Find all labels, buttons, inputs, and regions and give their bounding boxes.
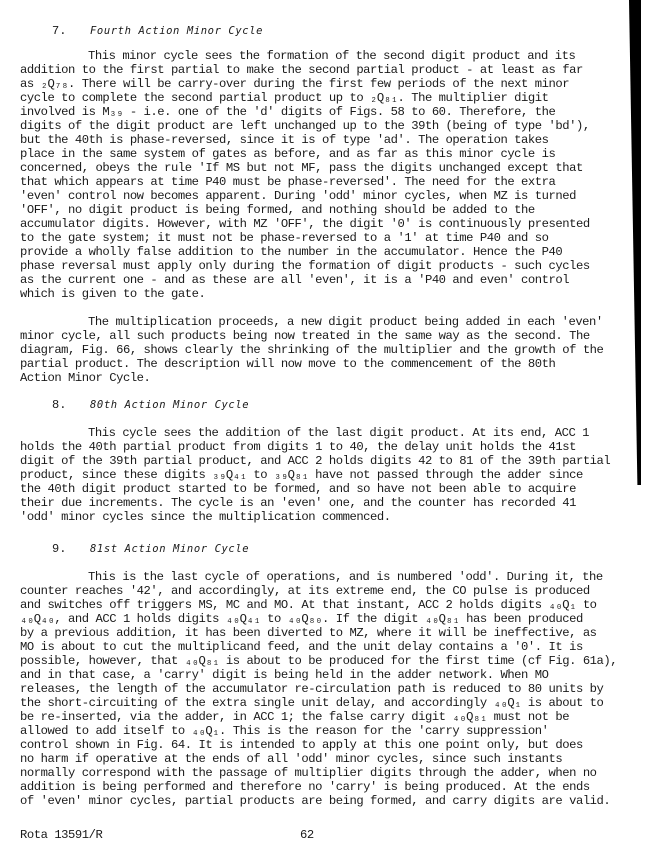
text-line: as the current one - and as these are al… [20, 273, 630, 287]
text-line: addition is being performed and therefor… [20, 780, 630, 794]
text-line: the 40th digit product started to be for… [20, 482, 630, 496]
text-line: and in that case, a 'carry' digit is bei… [20, 668, 630, 682]
text-line: releases, the length of the accumulator … [20, 682, 630, 696]
text-line: product, since these digits ₃₉Q₄₁ to ₃₉Q… [20, 468, 630, 482]
section-title: Fourth Action Minor Cycle [90, 25, 263, 37]
text-line: place in the same system of gates as bef… [20, 147, 630, 161]
text-line: that which appears at time P40 must be p… [20, 175, 630, 189]
text-line: provide a wholly false addition to the n… [20, 245, 630, 259]
text-line: control shown in Fig. 64. It is intended… [20, 738, 630, 752]
page-number: 62 [300, 828, 314, 842]
text-line: allowed to add itself to ₄₀Q₁. This is t… [20, 724, 630, 738]
section-heading-8: 8.80th Action Minor Cycle [52, 397, 249, 413]
text-line: ₄₀Q₄₀, and ACC 1 holds digits ₄₀Q₄₁ to ₄… [20, 612, 630, 626]
text-line: but the 40th is phase-reversed, since it… [20, 133, 630, 147]
text-line: involved is M₃₉ - i.e. one of the 'd' di… [20, 105, 630, 119]
text-line: digit of the 39th partial product, and A… [20, 454, 630, 468]
section-heading-9: 9.81st Action Minor Cycle [52, 541, 249, 557]
paragraph: This minor cycle sees the formation of t… [20, 49, 630, 301]
text-line: 'OFF', no digit product is being formed,… [20, 203, 630, 217]
document-reference: Rota 13591/R [20, 828, 102, 842]
text-line: This minor cycle sees the formation of t… [20, 49, 630, 63]
text-line: holds the 40th partial product from digi… [20, 440, 630, 454]
text-line: by a previous addition, it has been dive… [20, 626, 630, 640]
text-line: phase reversal must apply only during th… [20, 259, 630, 273]
text-line: no harm if operative at the ends of all … [20, 752, 630, 766]
text-line: accumulator digits. However, with MZ 'OF… [20, 217, 630, 231]
text-line: concerned, obeys the rule 'If MS but not… [20, 161, 630, 175]
paragraph: The multiplication proceeds, a new digit… [20, 315, 630, 385]
text-line: minor cycle, all such products being now… [20, 329, 630, 343]
text-line: normally correspond with the passage of … [20, 766, 630, 780]
text-line: MO is about to cut the multiplicand feed… [20, 640, 630, 654]
text-line: be re-inserted, via the adder, in ACC 1;… [20, 710, 630, 724]
text-line: This cycle sees the addition of the last… [20, 426, 630, 440]
text-line: to the gate system; it must not be phase… [20, 231, 630, 245]
scanned-page-edge [629, 0, 641, 485]
paragraph: This is the last cycle of operations, an… [20, 570, 630, 808]
text-line: which is given to the gate. [20, 287, 630, 301]
text-line: diagram, Fig. 66, shows clearly the shri… [20, 343, 630, 357]
text-line: counter reaches '42', and accordingly, a… [20, 584, 630, 598]
section-title: 81st Action Minor Cycle [90, 543, 249, 555]
text-line: Action Minor Cycle. [20, 371, 630, 385]
text-line: as ₂Q₇₈. There will be carry-over during… [20, 77, 630, 91]
text-line: The multiplication proceeds, a new digit… [20, 315, 630, 329]
paragraph: This cycle sees the addition of the last… [20, 426, 630, 524]
text-line: their due increments. The cycle is an 'e… [20, 496, 630, 510]
section-number: 9. [52, 541, 90, 557]
text-line: and switches off triggers MS, MC and MO.… [20, 598, 630, 612]
text-line: addition to the first partial to make th… [20, 63, 630, 77]
text-line: cycle to complete the second partial pro… [20, 91, 630, 105]
text-line: 'odd' minor cycles since the multiplicat… [20, 510, 630, 524]
text-line: digits of the digit product are left unc… [20, 119, 630, 133]
section-number: 8. [52, 397, 90, 413]
text-line: 'even' control now becomes apparent. Dur… [20, 189, 630, 203]
section-number: 7. [52, 23, 90, 39]
section-title: 80th Action Minor Cycle [90, 399, 249, 411]
section-heading-7: 7.Fourth Action Minor Cycle [52, 23, 263, 39]
text-line: partial product. The description will no… [20, 357, 630, 371]
text-line: the short-circuiting of the extra single… [20, 696, 630, 710]
text-line: This is the last cycle of operations, an… [20, 570, 630, 584]
text-line: possible, however, that ₄₀Q₈₁ is about t… [20, 654, 630, 668]
text-line: of 'even' minor cycles, partial products… [20, 794, 630, 808]
